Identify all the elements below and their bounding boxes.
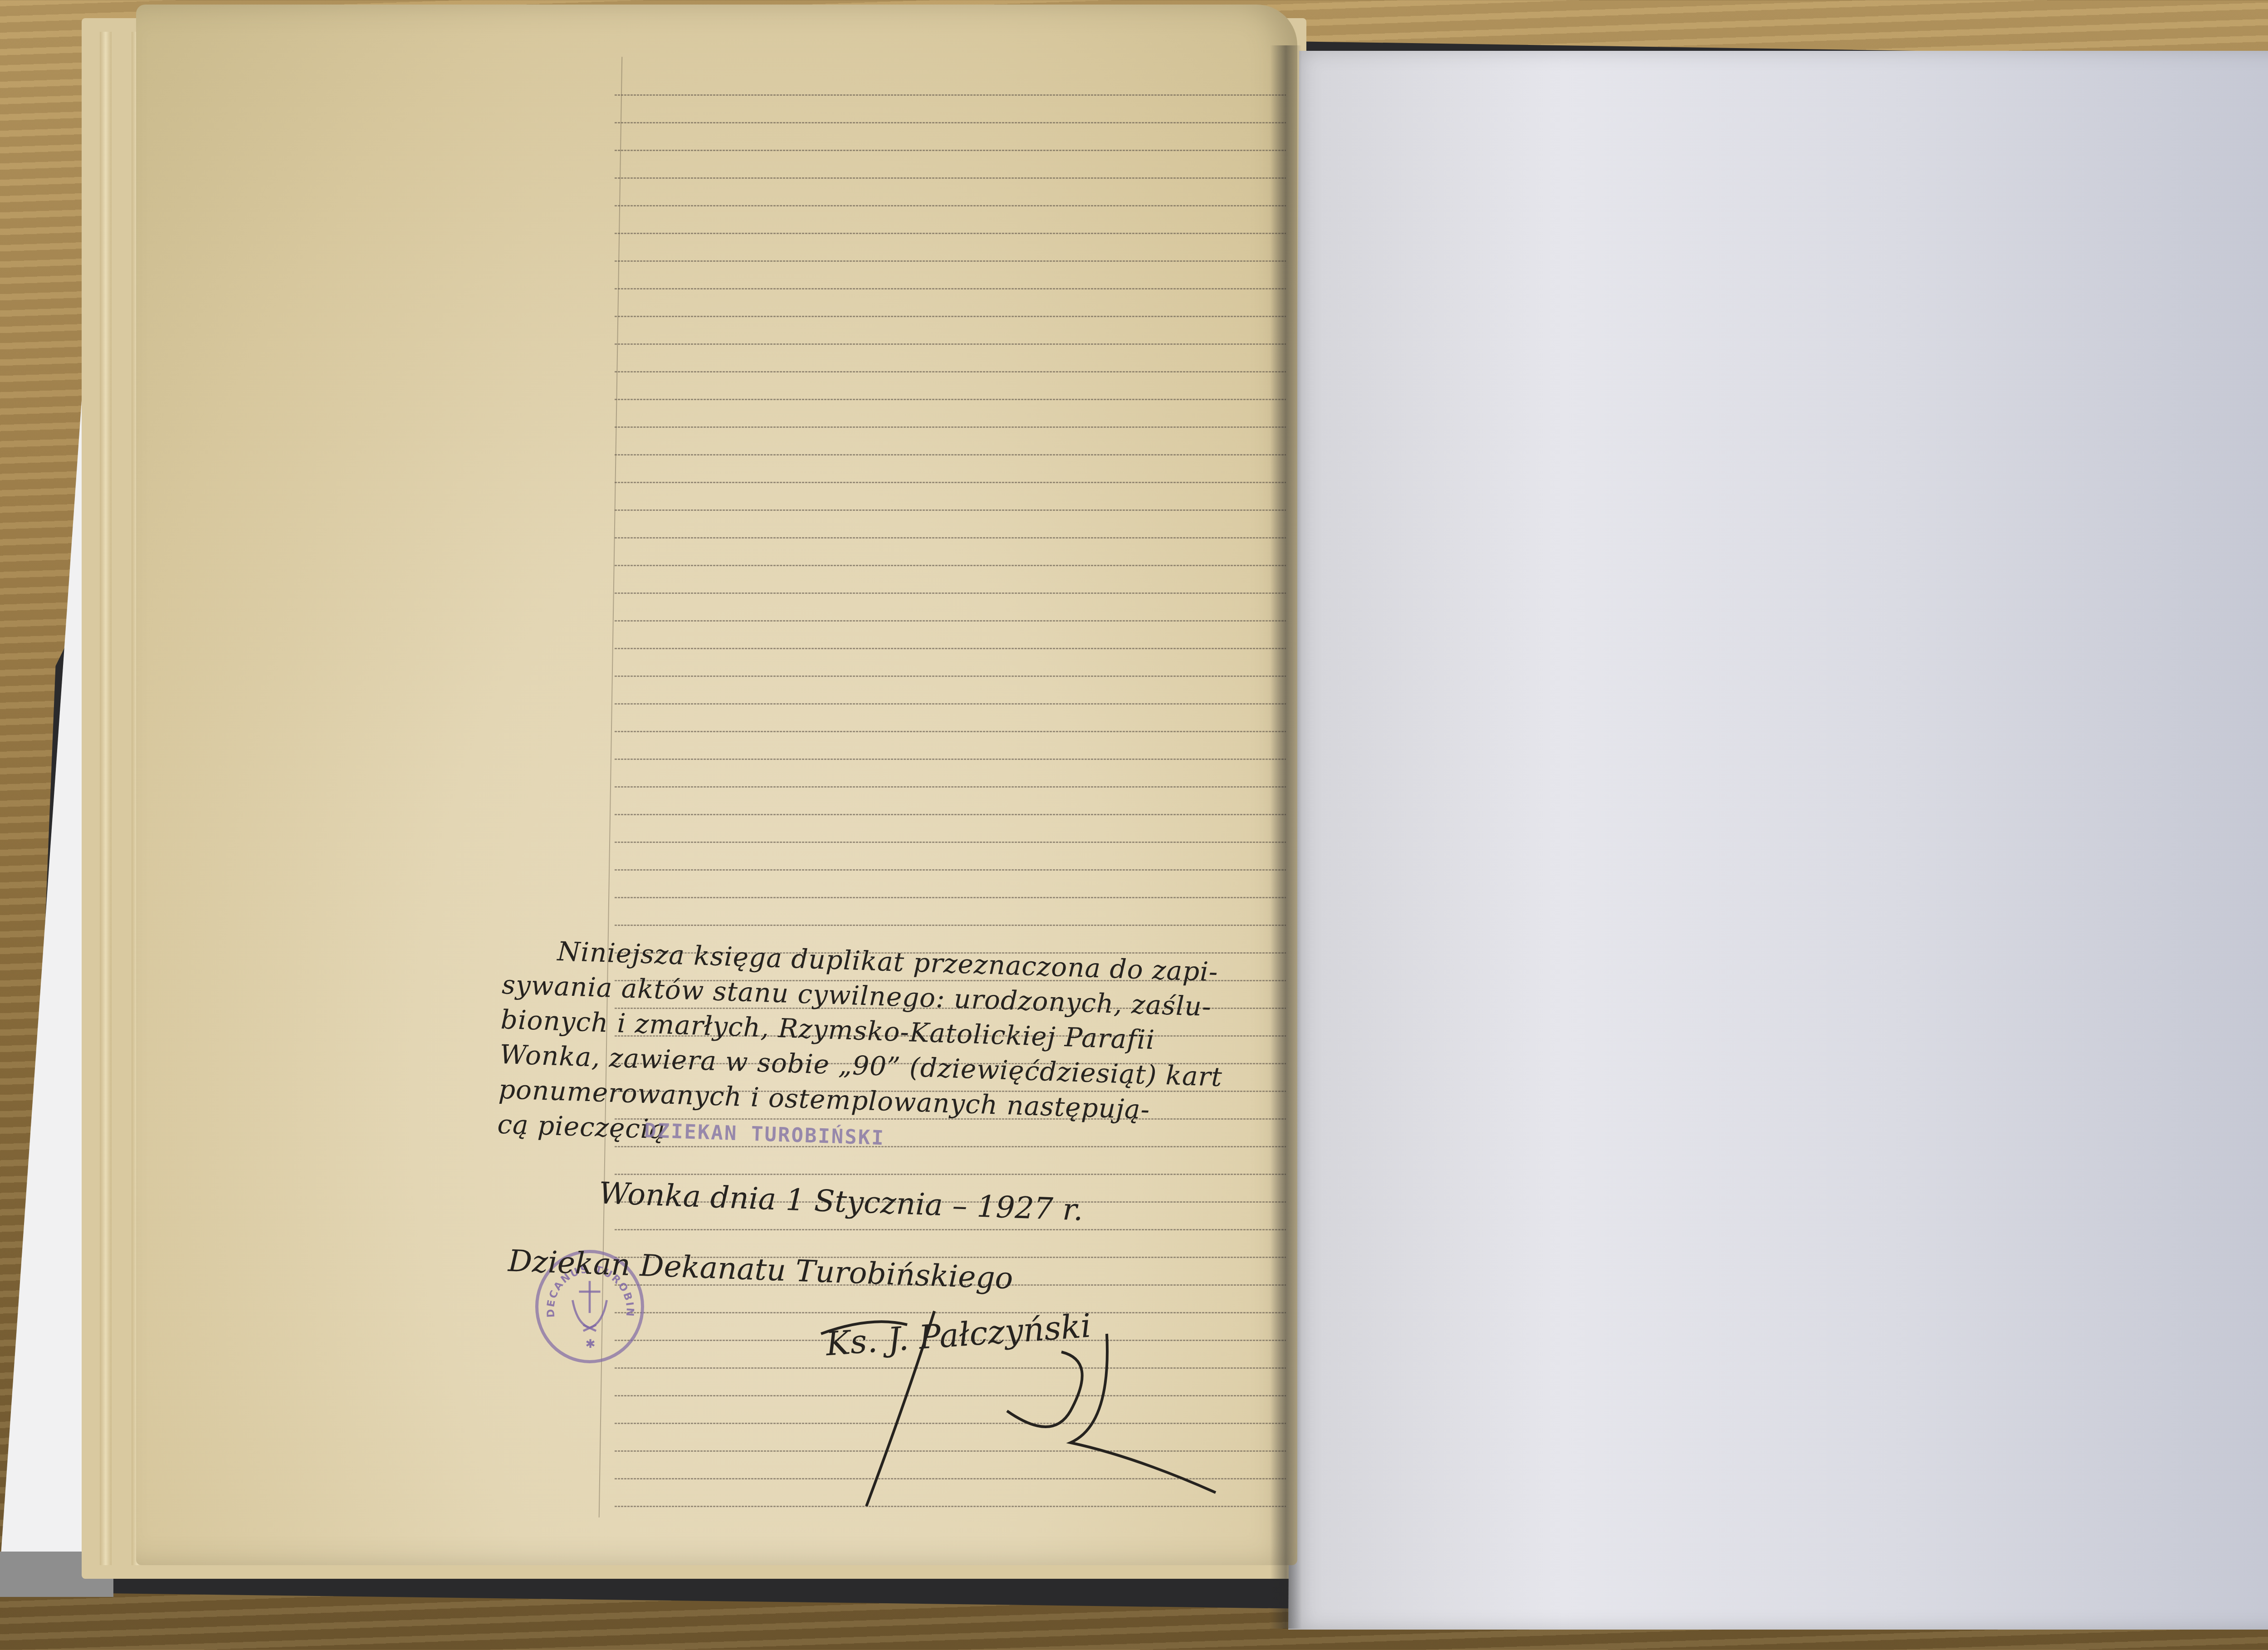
book-spine xyxy=(1270,45,1302,1629)
star-icon: ✱ xyxy=(586,1337,596,1351)
cross-in-wreath-icon xyxy=(572,1281,606,1331)
right-blank-page xyxy=(1288,51,2268,1630)
page-edge xyxy=(100,32,112,1565)
dotted-ruled-lines xyxy=(615,68,1286,1511)
